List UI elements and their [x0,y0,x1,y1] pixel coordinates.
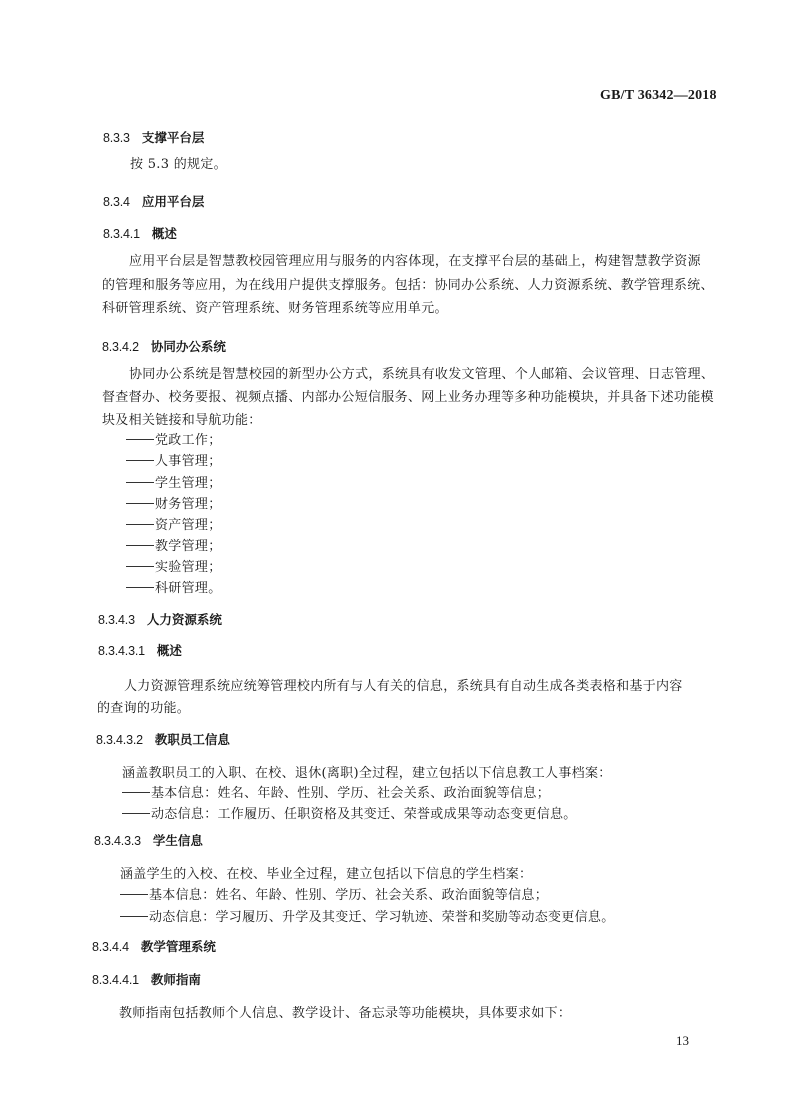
standard-code: GB/T 36342—2018 [600,88,717,104]
dash-bullet-icon [126,503,154,504]
paragraph-line: 涵盖学生的入校、在校、毕业全过程，建立包括以下信息的学生档案： [120,864,532,885]
dash-bullet-icon [126,460,154,461]
list-item-text: 基本信息：姓名、年龄、性别、学历、社会关系、政治面貌等信息； [151,786,550,801]
list-item-text: 资产管理； [155,518,222,533]
heading-8-3-4-4: 8.3.4.4教学管理系统 [92,937,216,955]
list-item-text: 动态信息：工作履历、任职资格及其变迁、荣誉或成果等动态变更信息。 [151,807,577,822]
heading-8-3-4-3: 8.3.4.3人力资源系统 [98,610,222,628]
heading-8-3-4-3-2: 8.3.4.3.2教职员工信息 [96,730,230,748]
list-item-text: 教学管理； [155,539,222,554]
heading-title: 协同办公系统 [151,339,226,354]
heading-number: 8.3.4.3.2 [96,733,143,747]
dash-bullet-icon [126,524,154,525]
dash-bullet-icon [126,545,154,546]
list-item: 财务管理； [126,495,222,515]
dash-bullet-icon [126,566,154,567]
list-item-text: 财务管理； [155,497,222,512]
list-item: 人事管理； [126,452,222,472]
list-item-text: 党政工作； [155,433,222,448]
list-item-text: 学生管理； [155,476,222,491]
heading-title: 学生信息 [153,833,203,848]
paragraph: 按 5.3 的规定。 [130,154,227,175]
dash-bullet-icon [122,792,150,793]
heading-8-3-4-2: 8.3.4.2协同办公系统 [102,337,226,355]
list-item: 资产管理； [126,516,222,536]
paragraph-line: 人力资源管理系统应统筹管理校内所有与人有关的信息，系统具有自动生成各类表格和基于… [124,676,683,697]
dash-bullet-icon [120,894,148,895]
list-item-text: 实验管理； [155,560,222,575]
heading-title: 应用平台层 [142,194,205,209]
paragraph-line: 涵盖教职员工的入职、在校、退休(离职)全过程，建立包括以下信息教工人事档案： [122,763,612,784]
list-item: 教学管理； [126,537,222,557]
heading-title: 人力资源系统 [147,612,222,627]
heading-title: 教师指南 [151,972,201,987]
heading-title: 教学管理系统 [141,939,216,954]
list-item: 基本信息：姓名、年龄、性别、学历、社会关系、政治面貌等信息； [122,784,550,804]
heading-title: 概述 [157,643,182,658]
list-item-text: 基本信息：姓名、年龄、性别、学历、社会关系、政治面貌等信息； [149,888,548,903]
heading-8-3-4-1: 8.3.4.1概述 [103,224,177,242]
heading-number: 8.3.4 [103,195,130,209]
heading-title: 概述 [152,226,177,241]
list-item: 动态信息：工作履历、任职资格及其变迁、荣誉或成果等动态变更信息。 [122,805,577,825]
dash-bullet-icon [122,813,150,814]
heading-number: 8.3.4.3 [98,613,135,627]
list-item: 动态信息：学习履历、升学及其变迁、学习轨迹、荣誉和奖励等动态变更信息。 [120,908,615,928]
list-item: 学生管理； [126,474,222,494]
list-item-text: 人事管理； [155,454,222,469]
heading-title: 教职员工信息 [155,732,230,747]
heading-8-3-4-4-1: 8.3.4.4.1教师指南 [92,970,201,988]
heading-8-3-3: 8.3.3支撑平台层 [103,128,204,146]
heading-number: 8.3.4.3.1 [98,644,145,658]
dash-bullet-icon [126,439,154,440]
heading-number: 8.3.4.1 [103,227,140,241]
heading-title: 支撑平台层 [142,130,205,145]
paragraph-line: 协同办公系统是智慧校园的新型办公方式，系统具有收发文管理、个人邮箱、会议管理、日… [129,364,714,385]
list-item: 实验管理； [126,558,222,578]
list-item-text: 科研管理。 [155,581,222,596]
heading-number: 8.3.4.2 [102,340,139,354]
page-number: 13 [676,1033,689,1049]
list-item-text: 动态信息：学习履历、升学及其变迁、学习轨迹、荣誉和奖励等动态变更信息。 [149,910,615,925]
paragraph-line: 的管理和服务等应用，为在线用户提供支撑服务。包括：协同办公系统、人力资源系统、教… [102,275,714,296]
heading-number: 8.3.3 [103,131,130,145]
list-item: 基本信息：姓名、年龄、性别、学历、社会关系、政治面貌等信息； [120,886,548,906]
dash-bullet-icon [126,587,154,588]
paragraph-line: 督查督办、校务要报、视频点播、内部办公短信服务、网上业务办理等多种功能模块，并具… [102,387,714,408]
paragraph-line: 块及相关链接和导航功能： [102,410,262,431]
dash-bullet-icon [126,482,154,483]
heading-8-3-4-3-1: 8.3.4.3.1概述 [98,641,182,659]
heading-8-3-4-3-3: 8.3.4.3.3学生信息 [94,831,203,849]
list-item: 科研管理。 [126,579,222,599]
list-item: 党政工作； [126,431,222,451]
paragraph: 教师指南包括教师个人信息、教学设计、备忘录等功能模块，具体要求如下： [119,1003,571,1024]
heading-number: 8.3.4.4.1 [92,973,139,987]
dash-bullet-icon [120,916,148,917]
paragraph-line: 应用平台层是智慧教校园管理应用与服务的内容体现，在支撑平台层的基础上，构建智慧教… [129,251,701,272]
heading-number: 8.3.4.4 [92,940,129,954]
paragraph-line: 科研管理系统、资产管理系统、财务管理系统等应用单元。 [102,298,448,319]
paragraph-line: 的查询的功能。 [97,698,190,719]
heading-8-3-4: 8.3.4应用平台层 [103,192,204,210]
heading-number: 8.3.4.3.3 [94,834,141,848]
